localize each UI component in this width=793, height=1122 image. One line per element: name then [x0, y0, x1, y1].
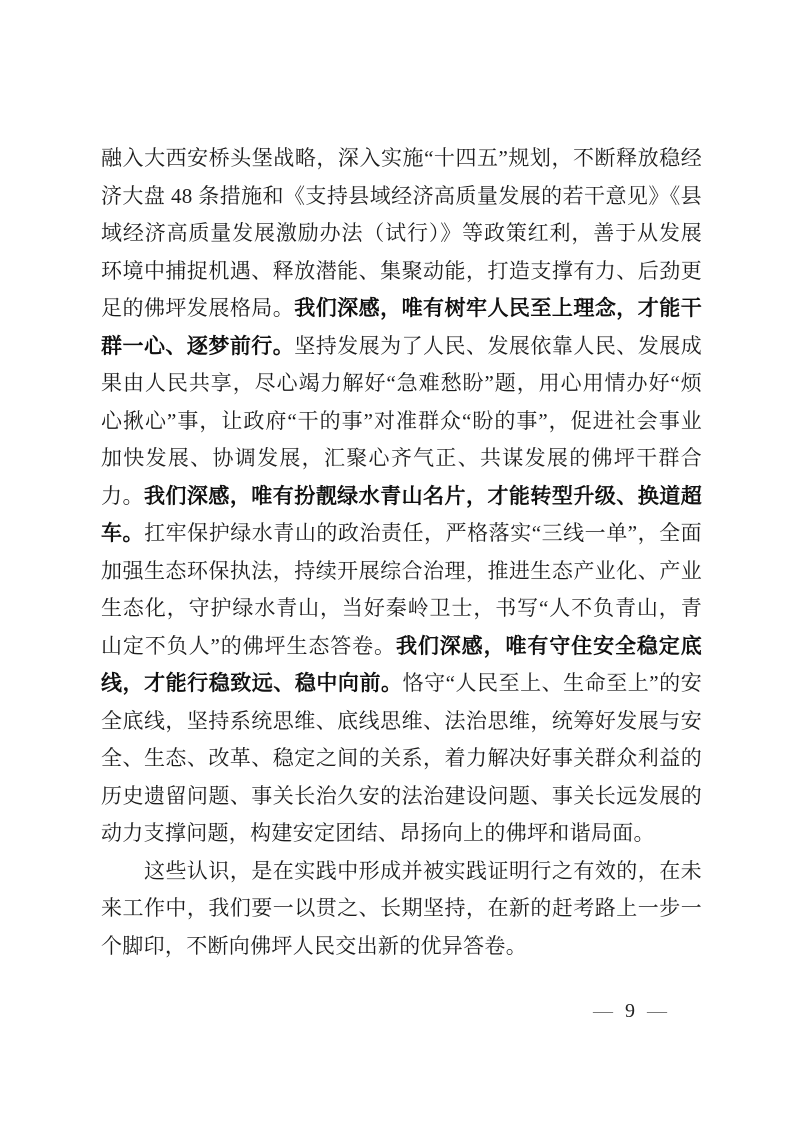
text-run: 融入大西安桥头堡战略，深入实施“十四五”规划，不断释放稳经济大盘 48 条措施和… [101, 146, 702, 320]
paragraph: 这些认识，是在实践中形成并被实践证明行之有效的，在未来工作中，我们要一以贯之、长… [101, 853, 702, 966]
page-number-dash-right: — [647, 1000, 667, 1022]
text-run: 恪守“人民至上、生命至上”的安全底线，坚持系统思维、底线思维、法治思维，统筹好发… [101, 671, 702, 845]
document-page: 融入大西安桥头堡战略，深入实施“十四五”规划，不断释放稳经济大盘 48 条措施和… [0, 0, 793, 1122]
page-number-dash-left: — [593, 1000, 613, 1022]
text-run: 坚持发展为了人民、发展依靠人民、发展成果由人民共享，尽心竭力解好“急难愁盼”题，… [101, 334, 702, 508]
page-number-value: 9 [625, 1000, 635, 1022]
paragraph: 融入大西安桥头堡战略，深入实施“十四五”规划，不断释放稳经济大盘 48 条措施和… [101, 140, 702, 853]
document-body: 融入大西安桥头堡战略，深入实施“十四五”规划，不断释放稳经济大盘 48 条措施和… [101, 140, 702, 965]
text-run: 这些认识，是在实践中形成并被实践证明行之有效的，在未来工作中，我们要一以贯之、长… [101, 859, 702, 958]
page-number: —9— [593, 1000, 667, 1023]
